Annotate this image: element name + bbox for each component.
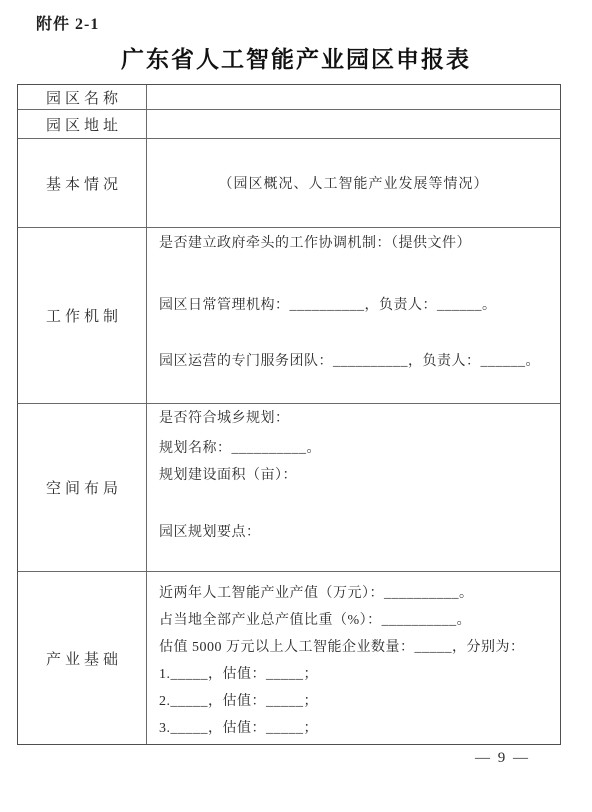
form-line: 园区规划要点： <box>147 523 560 543</box>
form-line: 是否符合城乡规划： <box>147 409 560 429</box>
row-label-basic-info: 基本情况 <box>18 139 147 227</box>
table-row-park-address: 园区地址 <box>18 110 560 139</box>
form-line: 1._____，估值：_____； <box>147 665 560 685</box>
form-line: 是否建立政府牵头的工作协调机制：（提供文件） <box>147 234 560 254</box>
table-row-industry-base: 产业基础 近两年人工智能产业产值（万元）：__________。 占当地全部产业… <box>18 572 560 744</box>
page-title: 广东省人工智能产业园区申报表 <box>0 41 592 74</box>
row-label-park-address: 园区地址 <box>18 110 147 138</box>
park-name-value-cell <box>147 85 560 109</box>
page-number: — 9 — <box>475 750 530 767</box>
form-line: 近两年人工智能产业产值（万元）：__________。 <box>147 584 560 604</box>
form-line: 2._____，估值：_____； <box>147 692 560 712</box>
table-row-work-mechanism: 工作机制 是否建立政府牵头的工作协调机制：（提供文件） 园区日常管理机构：___… <box>18 228 560 404</box>
row-label-spatial-layout: 空间布局 <box>18 404 147 571</box>
form-line: 规划建设面积（亩）： <box>147 466 560 486</box>
table-row-spatial-layout: 空间布局 是否符合城乡规划： 规划名称：__________。 规划建设面积（亩… <box>18 404 560 572</box>
work-mechanism-cell: 是否建立政府牵头的工作协调机制：（提供文件） 园区日常管理机构：________… <box>147 228 560 403</box>
basic-info-note: （园区概况、人工智能产业发展等情况） <box>147 139 560 227</box>
form-line: 占当地全部产业总产值比重（%）：__________。 <box>147 611 560 631</box>
form-line: 规划名称：__________。 <box>147 439 560 459</box>
row-label-park-name: 园区名称 <box>18 85 147 109</box>
industry-base-cell: 近两年人工智能产业产值（万元）：__________。 占当地全部产业总产值比重… <box>147 572 560 744</box>
form-line: 估值 5000 万元以上人工智能企业数量：_____，分别为： <box>147 638 560 658</box>
attachment-label: 附件 2-1 <box>36 11 99 34</box>
row-label-work-mechanism: 工作机制 <box>18 228 147 403</box>
form-line: 3._____，估值：_____； <box>147 719 560 739</box>
application-form-table: 园区名称 园区地址 基本情况 （园区概况、人工智能产业发展等情况） 工作机制 是… <box>17 84 561 745</box>
spatial-layout-cell: 是否符合城乡规划： 规划名称：__________。 规划建设面积（亩）： 园区… <box>147 404 560 571</box>
form-line: 园区日常管理机构：__________，负责人：______。 <box>147 296 560 316</box>
table-row-basic-info: 基本情况 （园区概况、人工智能产业发展等情况） <box>18 139 560 228</box>
table-row-park-name: 园区名称 <box>18 85 560 110</box>
row-label-industry-base: 产业基础 <box>18 572 147 744</box>
park-address-value-cell <box>147 110 560 138</box>
form-line: 园区运营的专门服务团队：__________，负责人：______。 <box>147 352 560 372</box>
